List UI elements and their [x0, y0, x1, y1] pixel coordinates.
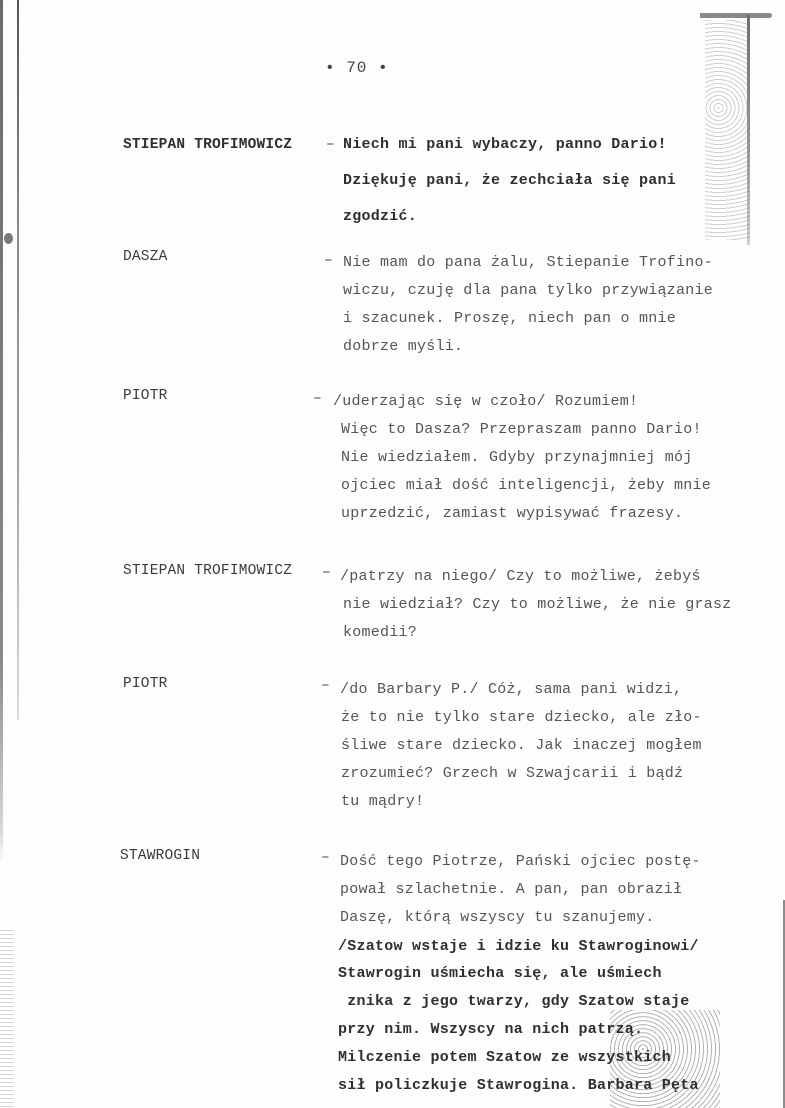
binder-hole: [4, 233, 13, 244]
dialogue-dash: –: [313, 391, 322, 407]
dialogue-line: tu mądry!: [341, 788, 702, 816]
dialogue-line: że to nie tylko stare dziecko, ale zło-: [341, 704, 702, 732]
dialogue-line: Nie mam do pana żalu, Stiepanie Trofino-: [343, 249, 713, 277]
dialogue-dash: –: [321, 850, 330, 866]
speaker-name: DASZA: [123, 249, 168, 265]
dialogue-line: zrozumieć? Grzech w Szwajcarii i bądź: [341, 760, 702, 788]
dialogue-line: Niech mi pani wybaczy, panno Dario!: [343, 131, 676, 159]
stage-direction: /Szatow wstaje i idzie ku Stawroginowi/ …: [338, 934, 699, 1100]
stage-direction-line: sił policzkuje Stawrogina. Barbara Pęta: [338, 1072, 699, 1100]
speaker-name: STAWROGIN: [120, 848, 200, 864]
speaker-name: STIEPAN TROFIMOWICZ: [123, 563, 292, 579]
stage-direction-line: przy nim. Wszyscy na nich patrzą.: [338, 1016, 699, 1044]
speaker-name: PIOTR: [123, 676, 168, 692]
scan-noise-left: [0, 930, 14, 1108]
dialogue-line: uprzedzić, zamiast wypisywać frazesy.: [341, 500, 711, 528]
speaker-name: STIEPAN TROFIMOWICZ: [123, 137, 292, 153]
page-number: • 70 •: [325, 59, 389, 77]
dialogue-dash: –: [324, 253, 333, 269]
scan-speckle-top: [705, 20, 750, 240]
dialogue-line: /patrzy na niego/ Czy to możliwe, żebyś: [340, 563, 732, 591]
dialogue-text: Dość tego Piotrze, Pański ojciec postę- …: [340, 848, 701, 932]
dialogue-text: Nie mam do pana żalu, Stiepanie Trofino-…: [343, 249, 713, 361]
dialogue-line: Więc to Dasza? Przepraszam panno Dario!: [341, 416, 711, 444]
dialogue-text: /uderzając się w czoło/ Rozumiem! Więc t…: [327, 388, 711, 528]
dialogue-dash: –: [326, 137, 335, 153]
dialogue-line: /uderzając się w czoło/ Rozumiem!: [333, 388, 711, 416]
dialogue-line: śliwe stare dziecko. Jak inaczej mogłem: [341, 732, 702, 760]
stage-direction-line: Stawrogin uśmiecha się, ale uśmiech: [338, 960, 699, 988]
dialogue-line: pował szlachetnie. A pan, pan obraził: [340, 876, 701, 904]
dialogue-text: Niech mi pani wybaczy, panno Dario! Dzię…: [343, 131, 676, 231]
dialogue-line: Daszę, którą wszyscy tu szanujemy.: [340, 904, 701, 932]
dialogue-line: Dziękuję pani, że zechciała się pani: [343, 167, 676, 195]
dialogue-line: Nie wiedziałem. Gdyby przynajmniej mój: [341, 444, 711, 472]
dialogue-line: wiczu, czuję dla pana tylko przywiązanie: [343, 277, 713, 305]
dialogue-text: /do Barbary P./ Cóż, sama pani widzi, że…: [340, 676, 702, 816]
dialogue-line: komedii?: [343, 619, 732, 647]
dialogue-line: i szacunek. Proszę, niech pan o mnie: [343, 305, 713, 333]
dialogue-line: nie wiedział? Czy to możliwe, że nie gra…: [343, 591, 732, 619]
dialogue-line: Dość tego Piotrze, Pański ojciec postę-: [340, 848, 701, 876]
stage-direction-line: /Szatow wstaje i idzie ku Stawroginowi/: [338, 934, 699, 960]
scan-edge-top-right: [700, 13, 772, 18]
stage-direction-line: znika z jego twarzy, gdy Szatow staje: [338, 988, 699, 1016]
dialogue-line: zgodzić.: [343, 203, 676, 231]
speaker-name: PIOTR: [123, 388, 168, 404]
dialogue-line: ojciec miał dość inteligencji, żeby mnie: [341, 472, 711, 500]
dialogue-dash: –: [322, 565, 331, 581]
dialogue-line: dobrze myśli.: [343, 333, 713, 361]
scan-edge-left-inner: [17, 0, 19, 720]
stage-direction-line: Milczenie potem Szatow ze wszystkich: [338, 1044, 699, 1072]
dialogue-line: /do Barbary P./ Cóż, sama pani widzi,: [340, 676, 702, 704]
dialogue-text: /patrzy na niego/ Czy to możliwe, żebyś …: [340, 563, 732, 647]
dialogue-dash: –: [321, 678, 330, 694]
